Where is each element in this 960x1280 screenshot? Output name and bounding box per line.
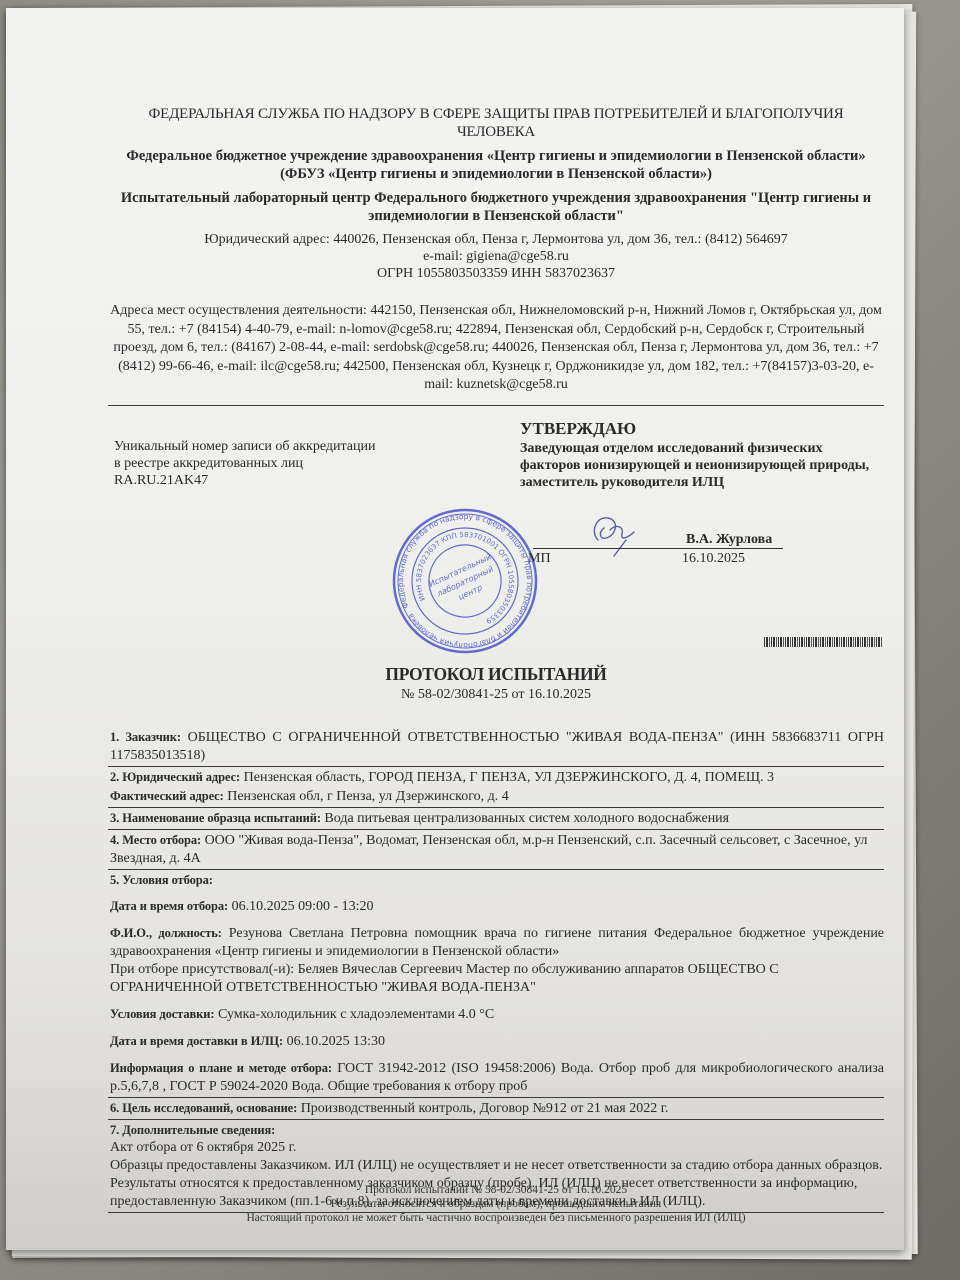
- approval-text: УТВЕРЖДАЮ Заведующая отделом исследовани…: [520, 418, 880, 491]
- present-persons: При отборе присутствовал(-и): Беляев Вяч…: [110, 961, 884, 997]
- approval-title: УТВЕРЖДАЮ: [520, 418, 880, 440]
- signature-line: [533, 548, 783, 549]
- sample-name-value: Вода питьевая централизованных систем хо…: [324, 811, 729, 826]
- delivery-datetime-label: Дата и время доставки в ИЛЦ:: [110, 1034, 283, 1048]
- legal-address-value: Пензенская область, ГОРОД ПЕНЗА, Г ПЕНЗА…: [244, 770, 774, 785]
- institution-short-name: (ФБУЗ «Центр гигиены и эпидемиологии в П…: [108, 165, 884, 183]
- protocol-sections: 1. Заказчик: ОБЩЕСТВО С ОГРАНИЧЕННОЙ ОТВ…: [108, 727, 884, 1213]
- sampling-act: Акт отбора от 6 октября 2025 г.: [110, 1139, 884, 1157]
- approval-date: 16.10.2025: [682, 551, 745, 567]
- approver-position: Заведующая отделом исследований физическ…: [520, 440, 880, 491]
- institution-name: Федеральное бюджетное учреждение здравоо…: [108, 147, 884, 165]
- delivery-conditions-value: Сумка-холодильник с хладоэлементами 4.0 …: [218, 1007, 494, 1022]
- accreditation-info: Уникальный номер записи об аккредитации …: [114, 438, 375, 489]
- delivery-conditions-label: Условия доставки:: [110, 1007, 214, 1021]
- header-divider: [108, 405, 884, 406]
- sampling-place-value: ООО "Живая вода-Пенза", Водомат, Пензенс…: [110, 833, 868, 866]
- barcode-icon: [764, 637, 882, 647]
- section-conditions: 5. Условия отбора: Дата и время отбора: …: [108, 870, 884, 1098]
- customer-value: ОБЩЕСТВО С ОГРАНИЧЕННОЙ ОТВЕТСТВЕННОСТЬЮ…: [110, 730, 884, 763]
- sampling-place-label: 4. Место отбора:: [110, 833, 201, 847]
- sample-name-label: 3. Наименование образца испытаний:: [110, 811, 321, 825]
- accreditation-label-1: Уникальный номер записи об аккредитации: [114, 438, 375, 455]
- additional-label: 7. Дополнительные сведения:: [110, 1121, 884, 1139]
- legal-address-label: 2. Юридический адрес:: [110, 770, 240, 784]
- section-purpose: 6. Цель исследований, основание: Произво…: [108, 1098, 884, 1120]
- footer-protocol-ref: Протокол испытаний № 58-02/30841-25 от 1…: [108, 1183, 884, 1197]
- sampling-datetime-label: Дата и время отбора:: [110, 899, 228, 913]
- purpose-label: 6. Цель исследований, основание:: [110, 1101, 297, 1115]
- purpose-value: Производственный контроль, Договор №912 …: [301, 1101, 669, 1116]
- delivery-datetime-value: 06.10.2025 13:30: [287, 1034, 385, 1049]
- sampling-method-label: Информация о плане и методе отбора:: [110, 1061, 332, 1075]
- activity-addresses: Адреса мест осуществления деятельности: …: [108, 302, 884, 395]
- official-stamp-icon: Федеральная служба по надзору в сфере за…: [390, 506, 540, 656]
- document-page: ФЕДЕРАЛЬНАЯ СЛУЖБА ПО НАДЗОРУ В СФЕРЕ ЗА…: [6, 8, 904, 1250]
- actual-address-label: Фактический адрес:: [110, 789, 224, 803]
- ogrn-inn: ОГРН 1055803503359 ИНН 5837023637: [108, 265, 884, 282]
- actual-address-value: Пензенская обл, г Пенза, ул Дзержинского…: [227, 789, 509, 804]
- sampling-datetime-value: 06.10.2025 09:00 - 13:20: [232, 899, 374, 914]
- document-content: ФЕДЕРАЛЬНАЯ СЛУЖБА ПО НАДЗОРУ В СФЕРЕ ЗА…: [108, 105, 884, 1213]
- sampler-value: Резунова Светлана Петровна помощник врач…: [110, 926, 884, 959]
- protocol-number: № 58-02/30841-25 от 16.10.2025: [108, 687, 884, 703]
- footer-copy-note: Настоящий протокол не может быть частичн…: [108, 1211, 884, 1225]
- conditions-label: 5. Условия отбора:: [110, 871, 884, 889]
- email: e-mail: gigiena@cge58.ru: [108, 248, 884, 265]
- sampler-label: Ф.И.О., должность:: [110, 926, 222, 940]
- accreditation-number: RA.RU.21AK47: [114, 472, 375, 489]
- letterhead: ФЕДЕРАЛЬНАЯ СЛУЖБА ПО НАДЗОРУ В СФЕРЕ ЗА…: [108, 105, 884, 282]
- accreditation-label-2: в реестре аккредитованных лиц: [114, 455, 375, 472]
- protocol-title: ПРОТОКОЛ ИСПЫТАНИЙ: [108, 664, 884, 685]
- section-sampling-place: 4. Место отбора: ООО "Живая вода-Пенза",…: [108, 830, 884, 870]
- signer-name: В.А. Журлова: [686, 532, 772, 548]
- signature-icon: [586, 510, 656, 560]
- section-address: 2. Юридический адрес: Пензенская область…: [108, 767, 884, 808]
- section-sample-name: 3. Наименование образца испытаний: Вода …: [108, 808, 884, 830]
- legal-address: Юридический адрес: 440026, Пензенская об…: [108, 231, 884, 248]
- footer-results-note: Результаты относятся к образцам (пробам)…: [108, 1197, 884, 1211]
- stamp-mark-label: МП: [528, 551, 551, 567]
- approval-block: Уникальный номер записи об аккредитации …: [108, 418, 884, 648]
- page-footer: Протокол испытаний № 58-02/30841-25 от 1…: [108, 1183, 884, 1225]
- section-customer: 1. Заказчик: ОБЩЕСТВО С ОГРАНИЧЕННОЙ ОТВ…: [108, 727, 884, 767]
- customer-label: 1. Заказчик:: [110, 730, 181, 744]
- lab-center-name: Испытательный лабораторный центр Федерал…: [108, 189, 884, 225]
- agency-name: ФЕДЕРАЛЬНАЯ СЛУЖБА ПО НАДЗОРУ В СФЕРЕ ЗА…: [108, 105, 884, 141]
